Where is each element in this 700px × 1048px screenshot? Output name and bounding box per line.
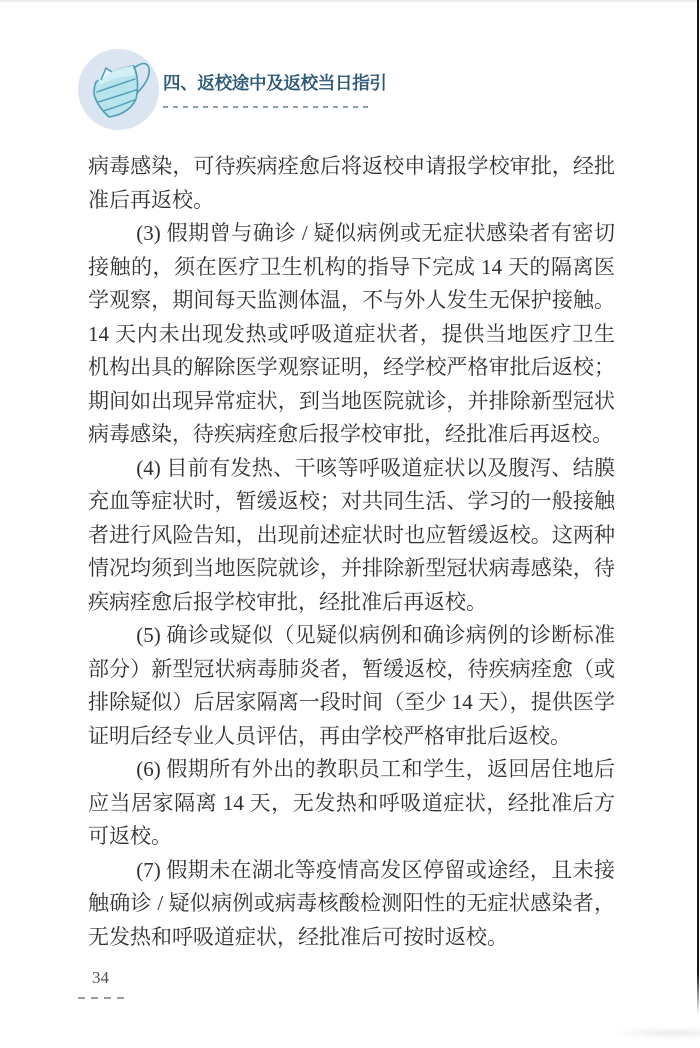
face-mask-icon bbox=[78, 49, 159, 130]
section-title-block: 四、返校途中及返校当日指引 bbox=[163, 49, 387, 108]
scan-smudge bbox=[610, 1026, 700, 1040]
page-right-scan-line bbox=[697, 0, 699, 1014]
section-header: 四、返校途中及返校当日指引 bbox=[78, 49, 387, 130]
title-dashed-underline bbox=[163, 106, 371, 108]
page-number: 34 bbox=[78, 968, 128, 988]
paragraph: (3) 假期曾与确诊 / 疑似病例或无症状感染者有密切接触的，须在医疗卫生机构的… bbox=[88, 217, 615, 452]
footer-dashed-line bbox=[78, 997, 128, 999]
paragraph: 病毒感染，可待疾病痊愈后将返校申请报学校审批，经批准后再返校。 bbox=[88, 150, 615, 217]
page-top-edge bbox=[0, 0, 700, 2]
body-text: 病毒感染，可待疾病痊愈后将返校申请报学校审批，经批准后再返校。 (3) 假期曾与… bbox=[88, 150, 615, 954]
paragraph: (4) 目前有发热、干咳等呼吸道症状以及腹泻、结膜充血等症状时，暂缓返校；对共同… bbox=[88, 452, 615, 620]
book-page: 四、返校途中及返校当日指引 病毒感染，可待疾病痊愈后将返校申请报学校审批，经批准… bbox=[0, 0, 700, 1048]
paragraph: (7) 假期未在湖北等疫情高发区停留或途经，且未接触确诊 / 疑似病例或病毒核酸… bbox=[88, 854, 615, 955]
page-footer: 34 bbox=[78, 968, 128, 999]
section-title: 四、返校途中及返校当日指引 bbox=[163, 72, 387, 94]
paragraph: (5) 确诊或疑似（见疑似病例和确诊病例的诊断标准部分）新型冠状病毒肺炎者，暂缓… bbox=[88, 619, 615, 753]
paragraph: (6) 假期所有外出的教职员工和学生，返回居住地后应当居家隔离 14 天，无发热… bbox=[88, 753, 615, 854]
